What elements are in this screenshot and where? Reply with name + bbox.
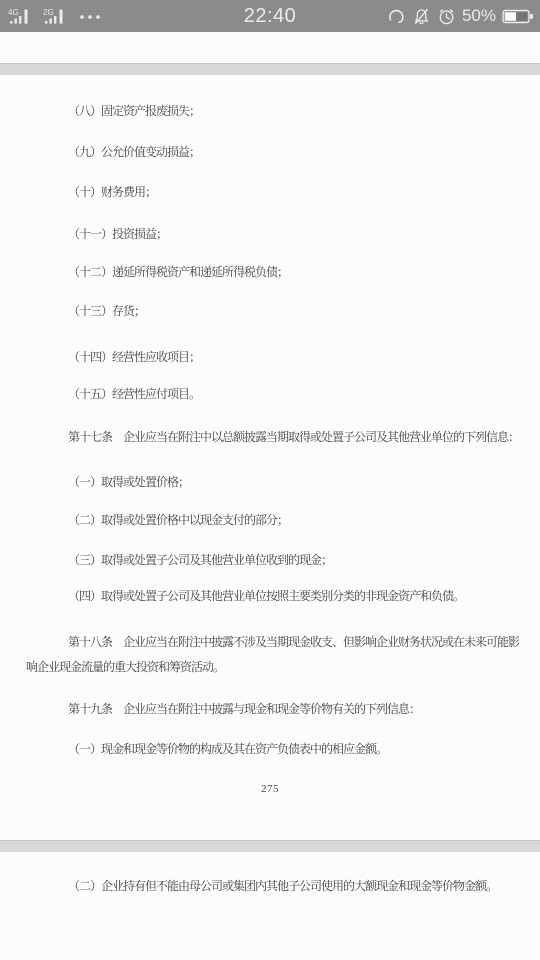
page-number: 275	[0, 783, 540, 795]
page-gap-bottom	[0, 840, 540, 852]
document-viewport[interactable]: （八）固定资产报废损失；（九）公允价值变动损益；（十）财务费用；（十一）投资损益…	[0, 0, 540, 960]
document-line: （二）企业持有但不能由母公司或集团内其他子公司使用的大额现金和现金等价物金额。	[68, 878, 497, 894]
document-line: （三）取得或处置子公司及其他营业单位收到的现金；	[68, 552, 332, 568]
document-line: （十三）存货；	[68, 303, 145, 319]
page-gap-top	[0, 63, 540, 75]
status-bar: 4G 2G 22:40	[0, 0, 540, 32]
document-line: （十一）投资损益；	[68, 226, 167, 242]
status-right-group: 50%	[387, 0, 534, 32]
alarm-clock-icon	[437, 7, 456, 26]
document-line: （二）取得或处置价格中以现金支付的部分；	[68, 512, 288, 528]
battery-percent: 50%	[462, 6, 496, 26]
document-line: （一）取得或处置价格；	[68, 474, 189, 490]
bell-muted-icon	[412, 7, 431, 26]
document-line: 第十七条 企业应当在附注中以总额披露当期取得或处置子公司及其他营业单位的下列信息…	[68, 429, 519, 445]
battery-icon	[502, 8, 534, 25]
document-line: 第十九条 企业应当在附注中披露与现金和现金等价物有关的下列信息：	[68, 701, 420, 717]
document-line: （十）财务费用；	[68, 184, 156, 200]
document-line: （十二）递延所得税资产和递延所得税负债；	[68, 264, 288, 280]
headset-icon	[387, 7, 406, 26]
document-line: （四）取得或处置子公司及其他营业单位按照主要类别分类的非现金资产和负债。	[68, 588, 464, 604]
document-line: （九）公允价值变动损益；	[68, 144, 200, 160]
document-line: （十四）经营性应收项目；	[68, 349, 200, 365]
document-line: （一）现金和现金等价物的构成及其在资产负债表中的相应金额。	[68, 741, 387, 757]
document-line: 响企业现金流量的重大投资和筹资活动。	[26, 659, 224, 675]
document-line: （十五）经营性应付项目。	[68, 386, 200, 402]
document-line: 第十八条 企业应当在附注中披露不涉及当期现金收支、但影响企业财务状况或在未来可能…	[68, 634, 519, 650]
document-line: （八）固定资产报废损失；	[68, 103, 200, 119]
phone-screen: 4G 2G 22:40	[0, 0, 540, 960]
